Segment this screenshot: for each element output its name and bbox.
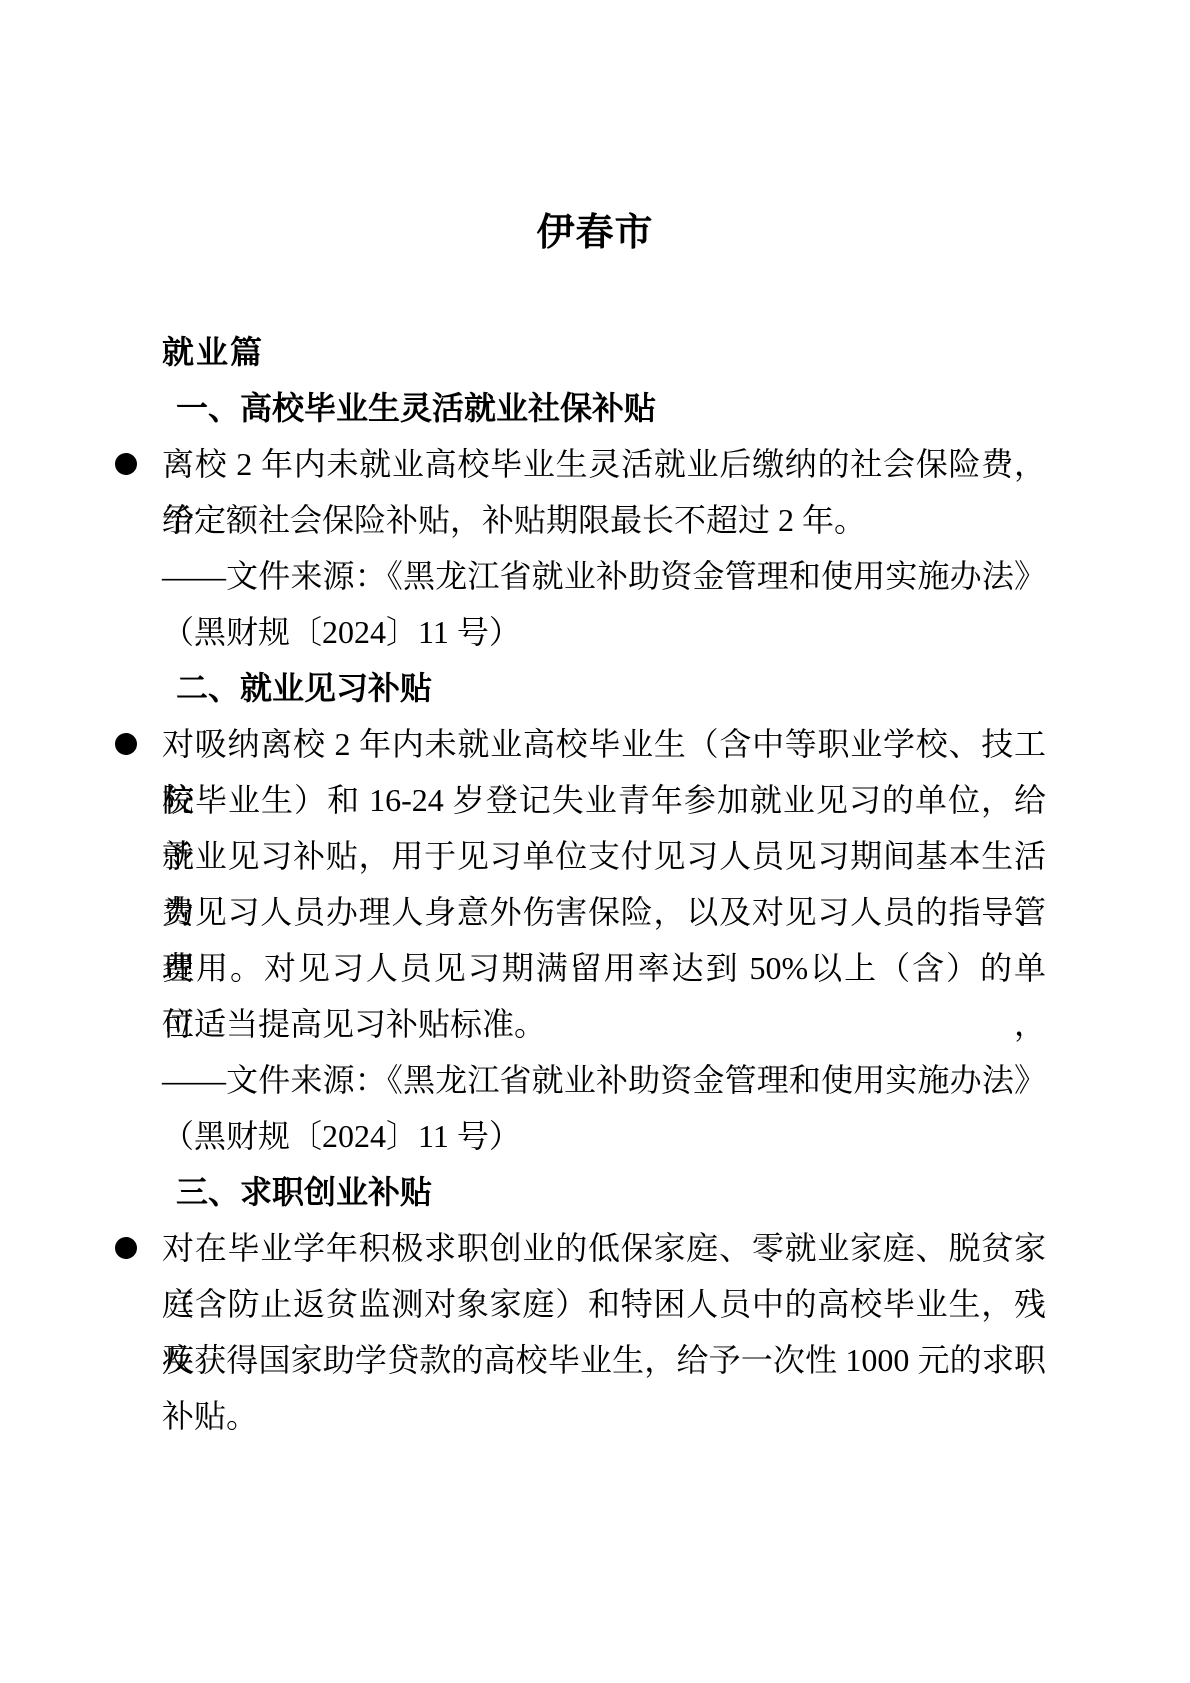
bullet-icon bbox=[115, 1237, 137, 1259]
reference-line: （黑财规〔2024〕11 号） bbox=[162, 604, 1046, 660]
bullet-icon bbox=[115, 733, 137, 755]
section-heading-1: 一、高校毕业生灵活就业社保补贴 bbox=[162, 380, 1046, 436]
chapter-label: 就业篇 bbox=[162, 324, 1046, 380]
list-item-line: 对吸纳离校 2 年内未就业高校毕业生（含中等职业学校、技工院 bbox=[162, 716, 1046, 772]
body-line: （含防止返贫监测对象家庭）和特困人员中的高校毕业生，残疾 bbox=[162, 1276, 1046, 1332]
document-page: 伊春市 就业篇 一、高校毕业生灵活就业社保补贴 离校 2 年内未就业高校毕业生灵… bbox=[0, 0, 1190, 1683]
body-line: 予定额社会保险补贴，补贴期限最长不超过 2 年。 bbox=[162, 492, 1046, 548]
reference-line: （黑财规〔2024〕11 号） bbox=[162, 1108, 1046, 1164]
section-heading-2: 二、就业见习补贴 bbox=[162, 660, 1046, 716]
source-line: ——文件来源：《黑龙江省就业补助资金管理和使用实施办法》 bbox=[162, 548, 1046, 604]
body-line: 补贴。 bbox=[162, 1388, 1046, 1444]
source-line: ——文件来源：《黑龙江省就业补助资金管理和使用实施办法》 bbox=[162, 1052, 1046, 1108]
document-title: 伊春市 bbox=[0, 210, 1190, 256]
body-line: 就业见习补贴，用于见习单位支付见习人员见习期间基本生活费、 bbox=[162, 828, 1046, 884]
body-line: 为见习人员办理人身意外伤害保险，以及对见习人员的指导管理 bbox=[162, 884, 1046, 940]
list-item-line: 离校 2 年内未就业高校毕业生灵活就业后缴纳的社会保险费，给 bbox=[162, 436, 1046, 492]
section-heading-3: 三、求职创业补贴 bbox=[162, 1164, 1046, 1220]
body-line: 及获得国家助学贷款的高校毕业生，给予一次性 1000 元的求职 bbox=[162, 1332, 1046, 1388]
list-item-line: 对在毕业学年积极求职创业的低保家庭、零就业家庭、脱贫家庭 bbox=[162, 1220, 1046, 1276]
bullet-icon bbox=[115, 453, 137, 475]
body-line: 可适当提高见习补贴标准。 bbox=[162, 996, 1046, 1052]
body-line: 校毕业生）和 16-24 岁登记失业青年参加就业见习的单位，给予 bbox=[162, 772, 1046, 828]
document-content: 就业篇 一、高校毕业生灵活就业社保补贴 离校 2 年内未就业高校毕业生灵活就业后… bbox=[162, 324, 1046, 1444]
body-line: 费用。对见习人员见习期满留用率达到 50%以上（含）的单位， bbox=[162, 940, 1046, 996]
